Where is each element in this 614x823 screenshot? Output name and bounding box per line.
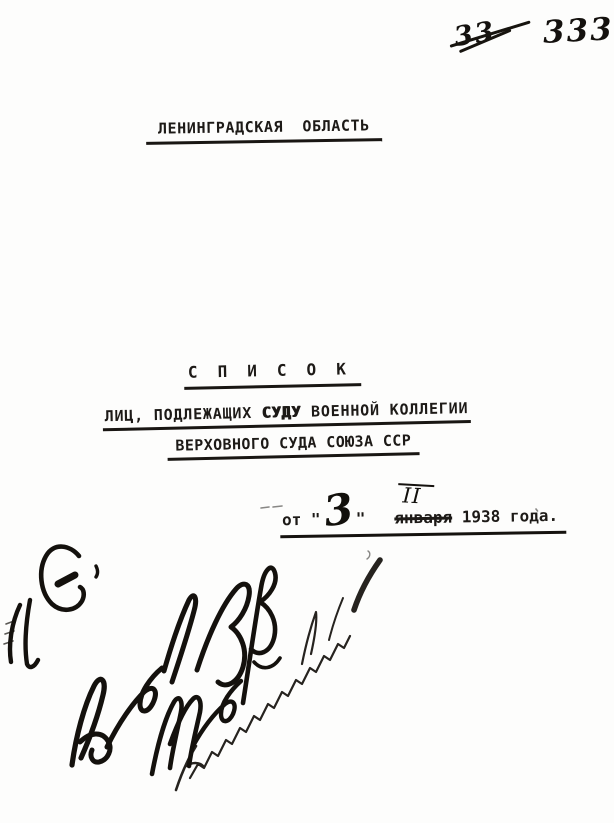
signature-1 <box>4 547 98 667</box>
subject-line1-pre: ЛИЦ, ПОДЛЕЖАЩИХ <box>104 404 262 426</box>
struck-month: января <box>394 508 452 528</box>
crossed-out-folio-number: 33 <box>452 18 497 51</box>
document-page: 33 333 ЛЕНИНГРАДСКАЯ ОБЛАСТЬ С П И С О К… <box>0 0 614 823</box>
date-rest: 1938 года. <box>452 508 558 526</box>
date-after-day: " <box>356 510 395 527</box>
region-heading: ЛЕНИНГРАДСКАЯ ОБЛАСТЬ <box>146 115 382 145</box>
subject-line1-post: ВОЕННОЙ КОЛЛЕГИИ <box>301 399 468 421</box>
handwritten-day: 3 <box>322 493 355 527</box>
subject-line-2: ВЕРХОВНОГО СУДА СОЮЗА ССР <box>167 431 419 461</box>
subject-heading: ЛИЦ, ПОДЛЕЖАЩИХ СУДУ ВОЕННОЙ КОЛЛЕГИИ ВЕ… <box>102 399 483 463</box>
signature-4 <box>176 560 380 790</box>
date-line-underlined: от " 3 " января II 1938 года. <box>280 492 567 538</box>
signature-3 <box>152 568 280 774</box>
handwritten-page-number: 333 <box>542 14 614 49</box>
signature-2 <box>72 584 249 765</box>
date-line: от " 3 " января II 1938 года. <box>280 492 567 538</box>
list-title: С П И С О К <box>184 359 362 390</box>
subject-line1-emphasis: СУДУ <box>262 403 302 422</box>
folio-numbers: 33 333 <box>444 12 614 62</box>
handwritten-month-correction: II <box>397 483 434 508</box>
list-title-text: С П И С О К <box>184 359 362 390</box>
subject-line-1: ЛИЦ, ПОДЛЕЖАЩИХ СУДУ ВОЕННОЙ КОЛЛЕГИИ <box>102 399 470 431</box>
region-heading-text: ЛЕНИНГРАДСКАЯ ОБЛАСТЬ <box>146 116 382 145</box>
subject-line-2-row: ВЕРХОВНОГО СУДА СОЮЗА ССР <box>103 430 483 463</box>
date-prefix: от " <box>282 512 321 529</box>
month-group: января II <box>394 508 452 528</box>
